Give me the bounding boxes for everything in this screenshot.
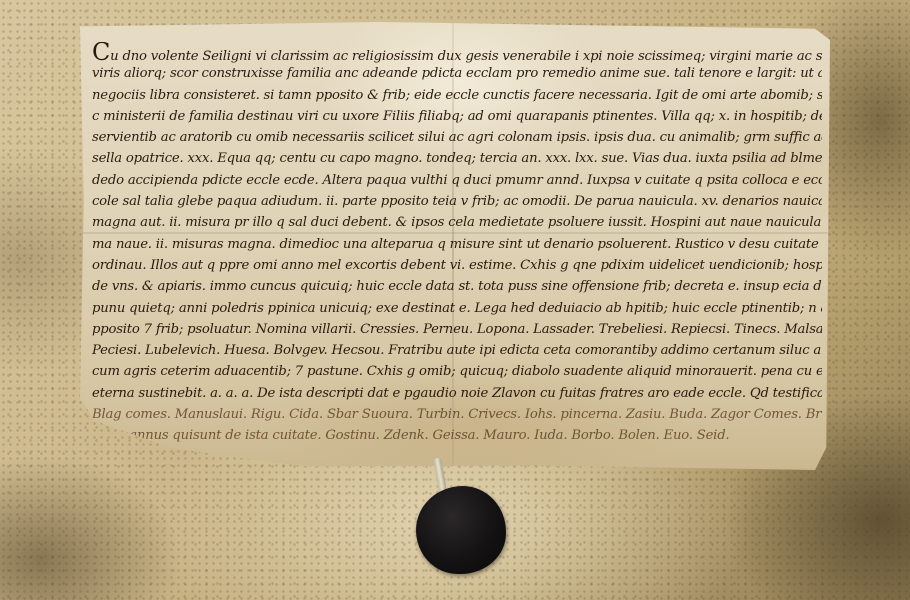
charter-line: pposito 7 frib; psoluatur. Nomina villar…: [92, 319, 822, 340]
witness-line: Hermannus quisunt de ista cuitate. Gosti…: [92, 425, 822, 446]
charter-line: punu quietq; anni poledris ppinica unicu…: [92, 298, 822, 319]
charter-line: eterna sustinebit. a. a. a. De ista desc…: [92, 383, 822, 404]
charter-line: negociis libra consisteret. si tamn ppos…: [92, 85, 822, 106]
charter-line: magna aut. ii. misura pr illo q sal duci…: [92, 212, 822, 233]
charter-line: ma naue. ii. misuras magna. dimedioc una…: [92, 234, 822, 255]
decorated-initial: C: [92, 42, 110, 63]
charter-line: dedo accipienda pdicte eccle ecde. Alter…: [92, 170, 822, 191]
charter-text: Cu dno volente Seiligni vi clarissim ac …: [92, 42, 822, 447]
charter-line: sella opatrice. xxx. Equa qq; centu cu c…: [92, 148, 822, 169]
wax-seal: [416, 486, 506, 574]
charter-line: Cu dno volente Seiligni vi clarissim ac …: [92, 42, 822, 63]
charter-line: ordinau. Illos aut q ppre omi anno mel e…: [92, 255, 822, 276]
charter-line: servientib ac aratorib cu omib necessari…: [92, 127, 822, 148]
witness-line: Blag comes. Manuslaui. Rigu. Cida. Sbar …: [92, 404, 822, 425]
charter-line: Peciesi. Lubelevich. Huesa. Bolvgev. Hec…: [92, 340, 822, 361]
charter-line: de vns. & apiaris. immo cuncus quicuiq; …: [92, 276, 822, 297]
charter-line: cum agris ceterim aduacentib; 7 pastune.…: [92, 361, 822, 382]
charter-line: cole sal talia glebe paqua adiudum. ii. …: [92, 191, 822, 212]
charter-line: c ministerii de familia destinau viri cu…: [92, 106, 822, 127]
charter-line: viris aliorq; scor construxisse familia …: [92, 63, 822, 84]
charter-parchment: Cu dno volente Seiligni vi clarissim ac …: [80, 22, 830, 470]
